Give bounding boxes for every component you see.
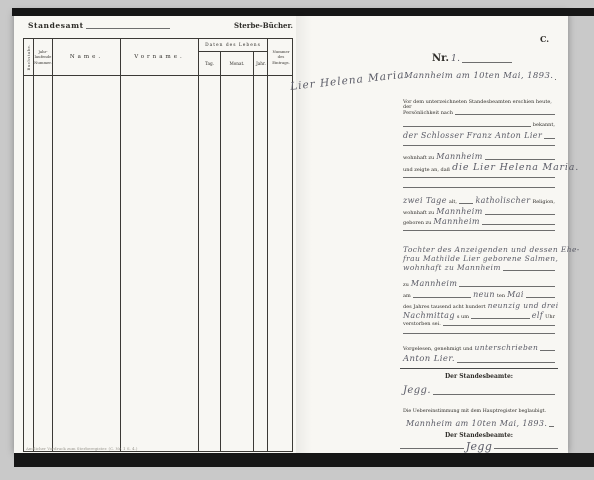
empty-cell — [221, 76, 254, 451]
age-religion-line: zwei Tage alt, katholischer Religion, — [403, 197, 555, 205]
blank-rule — [403, 230, 555, 232]
section-divider — [400, 368, 558, 370]
blank-rule — [403, 187, 555, 189]
intro-line-2: Persönlichkeit nach — [403, 111, 555, 116]
standesamt-label: Standesamt — [28, 22, 84, 30]
intro-line-1: Vor dem unterzeichneten Standesbeamten e… — [403, 100, 555, 110]
death-time-line: Nachmittag s um elf Uhr — [403, 312, 555, 320]
col-header-vorname: Vorname. — [121, 39, 199, 75]
register-type-header: Sterbe-Bücher. — [236, 22, 293, 29]
nr-label: Nr. — [432, 54, 449, 64]
col-header-tag: Tag. — [199, 52, 221, 75]
register-label: Sterbe-Bücher. — [234, 22, 293, 29]
residence-line-2: wohnhaft zu Mannheim — [403, 208, 555, 216]
index-table-body-empty — [24, 76, 292, 451]
parentage-line-2: frau Mathilde Lier geborene Salmen, — [403, 255, 555, 263]
col-header-buchstabe: Buchstabe. — [24, 39, 34, 75]
certification-dateline: Mannheim am 10ten Mai, 1893. — [406, 420, 554, 428]
form-corner-letter: C. — [540, 35, 549, 43]
residence-line-1: wohnhaft zu Mannheim — [403, 153, 555, 161]
daten-des-lebens-label: Daten des Lebens — [199, 39, 267, 52]
deceased-name-line: und zeigte an, daß die Lier Helena Maria… — [403, 163, 555, 173]
record-number-line: Nr. 1. — [432, 54, 512, 64]
birthplace-line: geboren zu Mannheim — [403, 218, 555, 226]
scanned-register-document: Standesamt Sterbe-Bücher. Buchstabe. Jah… — [0, 0, 594, 480]
registrar-title-line: Der Standesbeamte: — [403, 374, 555, 380]
name-index-table: Buchstabe. Jahr-laufendeNummer. Name. Vo… — [23, 38, 293, 452]
empty-cell — [24, 76, 34, 451]
printer-imprint: Amtlicher Vordruck zum Sterberegister. (… — [26, 447, 137, 451]
empty-cell — [53, 76, 121, 451]
certification-line: Die Uebereinstimmung mit dem Hauptregist… — [403, 410, 555, 415]
col-group-daten-des-lebens: Daten des Lebens Tag. Monat. Jahr. — [199, 39, 268, 75]
empty-cell — [199, 76, 221, 451]
col-header-jahr-laufende-nummer: Jahr-laufendeNummer. — [34, 39, 53, 75]
empty-cell — [254, 76, 268, 451]
declarant-signature-line: Anton Lier. — [403, 355, 555, 364]
parentage-line-3: wohnhaft zu Mannheim — [403, 264, 555, 272]
index-table-header: Buchstabe. Jahr-laufendeNummer. Name. Vo… — [24, 39, 292, 76]
vorgelesen-line: Vorgelesen, genehmigt und unterschrieben — [403, 344, 555, 352]
col-header-jahr: Jahr. — [254, 52, 268, 75]
empty-cell — [268, 76, 294, 451]
empty-cell — [34, 76, 53, 451]
col-header-nummer-des-eintrags: NummerdesEintrags. — [268, 39, 294, 75]
scan-edge-bottom — [14, 453, 594, 467]
blank-rule — [403, 177, 555, 179]
verstorben-line: verstorben sei. — [403, 322, 555, 327]
registrar-signature-line-2: Jegg — [400, 441, 558, 450]
blank-rule — [403, 333, 555, 335]
registrar-title-line-2: Der Standesbeamte: — [403, 433, 555, 439]
dateline: Mannheim am 10ten Mai, 1893. — [404, 72, 556, 81]
death-place-line: zu Mannheim — [403, 280, 555, 288]
empty-cell — [121, 76, 199, 451]
death-date-line: am neun ten Mai — [403, 291, 555, 299]
parentage-line-1: Tochter des Anzeigenden und dessen Ehe- — [403, 246, 555, 254]
blank-rule — [403, 145, 555, 147]
death-year-line: des Jahres tausend acht hundert neunzig … — [403, 302, 555, 310]
bekannt-line: bekannt, — [403, 123, 555, 128]
nr-value: 1. — [451, 55, 460, 64]
col-header-name: Name. — [53, 39, 121, 75]
registrar-signature-line: Jegg. — [403, 386, 555, 396]
col-header-monat: Monat. — [221, 52, 254, 75]
declarant-line: der Schlosser Franz Anton Lier — [403, 132, 555, 140]
standesamt-blank-line — [86, 28, 170, 29]
standesamt-header: Standesamt — [28, 22, 170, 30]
